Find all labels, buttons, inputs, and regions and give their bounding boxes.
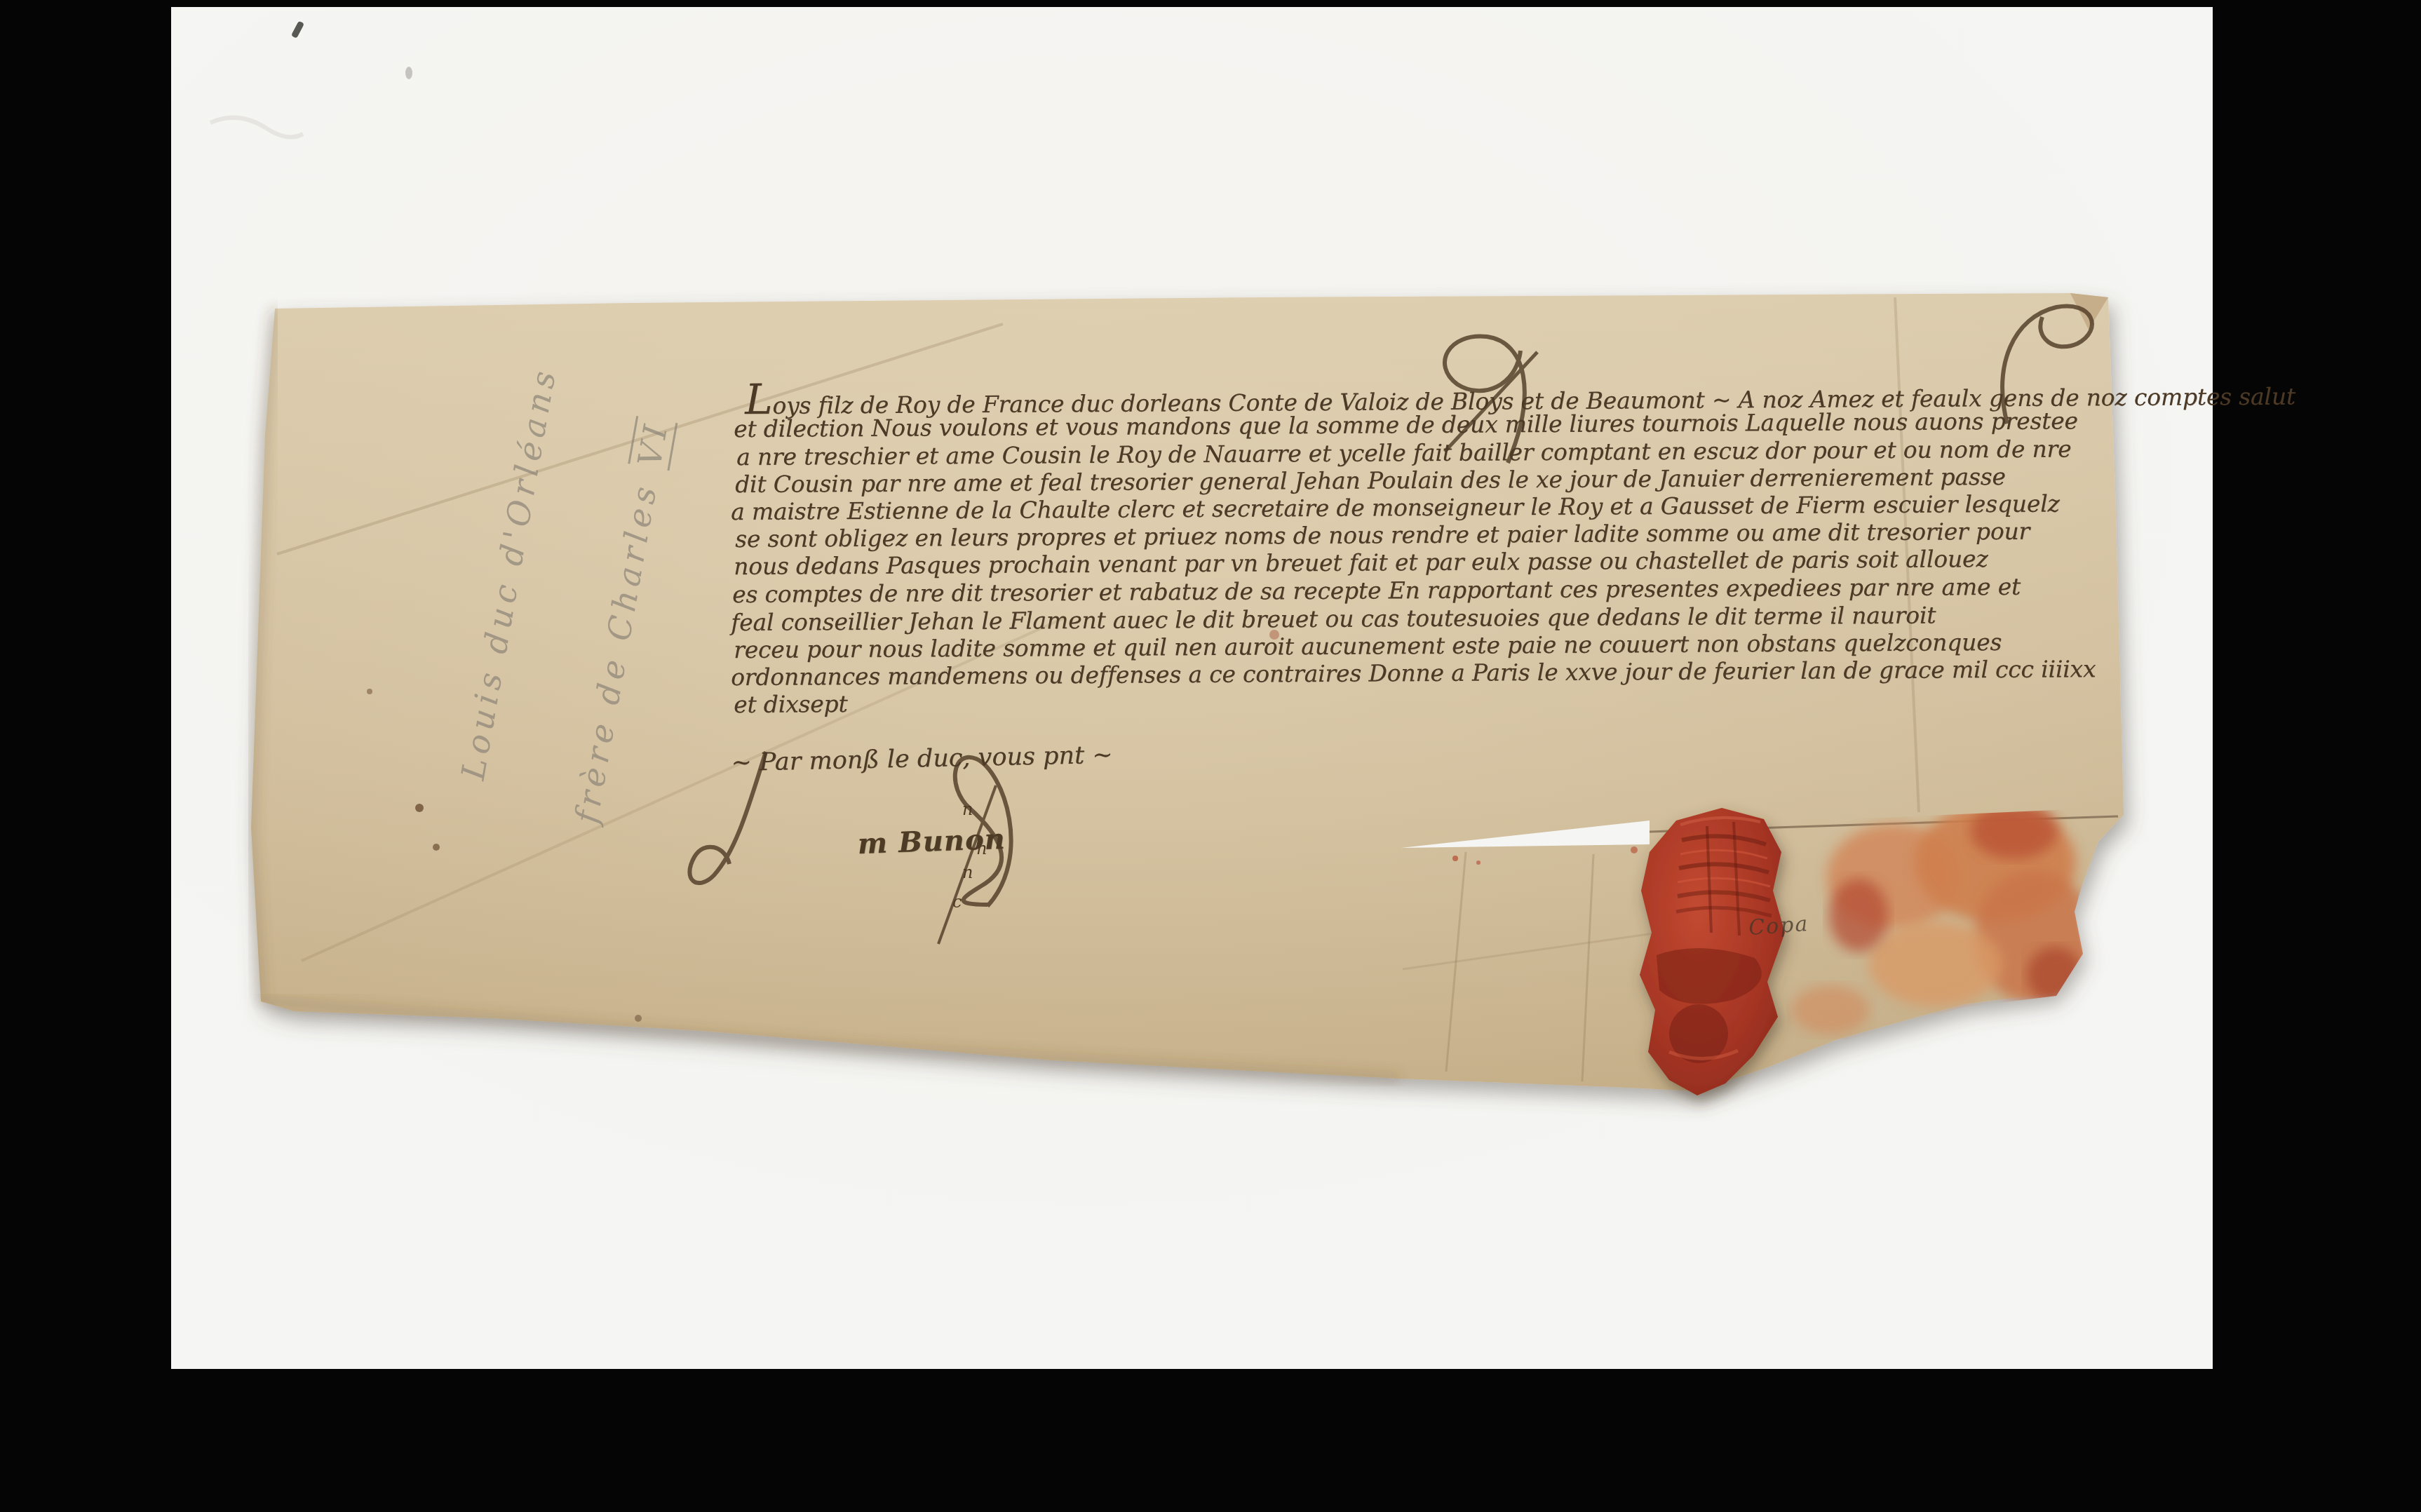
wax-crumb <box>1476 860 1481 865</box>
wax-crumb <box>1631 846 1638 853</box>
parchment-group <box>251 293 2124 1091</box>
red-stain-speck <box>1269 630 1279 640</box>
ink-speck <box>367 689 372 694</box>
photo-stage: Loys filz de Roy de France duc dorleans … <box>0 0 2421 1512</box>
parchment-sheen <box>251 293 2124 1091</box>
ink-speck <box>433 844 440 851</box>
backdrop-smudge <box>405 67 412 79</box>
photo-scene <box>0 0 2421 1512</box>
ink-speck <box>415 804 424 812</box>
wax-crumb <box>1452 856 1458 861</box>
ink-speck <box>635 1015 642 1022</box>
